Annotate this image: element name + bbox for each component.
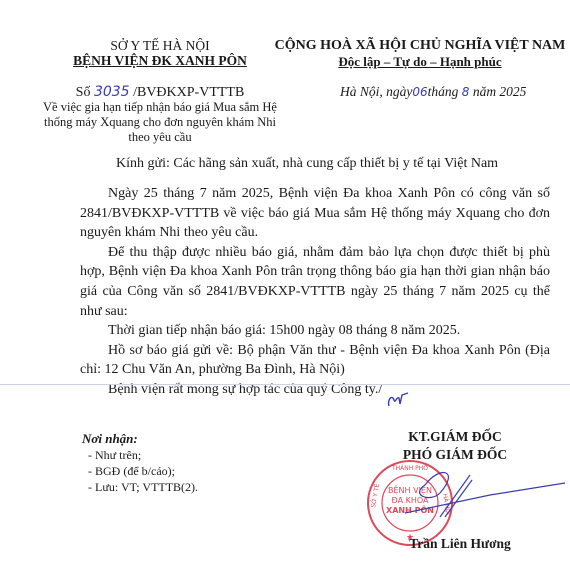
recipients-block: Nơi nhận: - Như trên; - BGĐ (để b/cáo); … xyxy=(82,431,198,495)
body-paragraph-2: Để thu thập được nhiều báo giá, nhằm đảm… xyxy=(80,243,550,321)
body-paragraph-4: Hồ sơ báo giá gửi về: Bộ phận Văn thư - … xyxy=(80,341,550,380)
recipients-title: Nơi nhận: xyxy=(82,431,198,447)
date-day: 06 xyxy=(412,85,427,99)
body-paragraph-5: Bệnh viện rất mong sự hợp tác của quý Cô… xyxy=(80,380,550,400)
agency-name: SỞ Y TẾ HÀ NỘI xyxy=(40,38,280,53)
date-place: Hà Nội, ngày xyxy=(340,84,412,99)
issuer-block: SỞ Y TẾ HÀ NỘI BỆNH VIỆN ĐK XANH PÔN xyxy=(40,38,280,68)
recipients-item: - BGĐ (để b/cáo); xyxy=(82,463,198,479)
document-number: Số 3035 /BVĐKXP-VTTTB xyxy=(40,84,280,101)
document-date: Hà Nội, ngày06tháng 8 năm 2025 xyxy=(340,84,570,100)
hospital-name: BỆNH VIỆN ĐK XANH PÔN xyxy=(40,53,280,68)
signature-line-1: KT.GIÁM ĐỐC xyxy=(380,428,530,446)
signature-icon xyxy=(400,465,570,525)
body-paragraph-3: Thời gian tiếp nhận báo giá: 15h00 ngày … xyxy=(80,321,550,341)
number-prefix: Số xyxy=(76,85,91,100)
body-paragraph-1: Ngày 25 tháng 7 năm 2025, Bệnh viện Đa k… xyxy=(80,184,550,243)
date-year: năm 2025 xyxy=(473,84,527,99)
recipients-item: - Như trên; xyxy=(82,447,198,463)
handwritten-number: 3035 xyxy=(94,84,130,100)
signature-title: KT.GIÁM ĐỐC PHÓ GIÁM ĐỐC xyxy=(380,428,530,464)
document-body: Ngày 25 tháng 7 năm 2025, Bệnh viện Đa k… xyxy=(80,184,550,400)
scan-line-divider xyxy=(0,384,570,385)
signature-line-2: PHÓ GIÁM ĐỐC xyxy=(380,446,530,464)
national-header: CỘNG HOÀ XÃ HỘI CHỦ NGHĨA VIỆT NAM Độc l… xyxy=(270,38,570,70)
national-motto: Độc lập – Tự do – Hạnh phúc xyxy=(270,54,570,70)
recipient-line: Kính gửi: Các hãng sản xuất, nhà cung cấ… xyxy=(116,156,498,172)
country-name: CỘNG HOÀ XÃ HỘI CHỦ NGHĨA VIỆT NAM xyxy=(270,38,570,54)
signer-name: Trần Liên Hương xyxy=(385,536,535,552)
recipients-item: - Lưu: VT; VTTTB(2). xyxy=(82,479,198,495)
number-suffix: /BVĐKXP-VTTTB xyxy=(133,85,244,100)
date-month-label: tháng xyxy=(428,84,459,99)
date-month: 8 xyxy=(462,85,470,99)
initials-icon xyxy=(386,392,410,408)
document-subject: Về việc gia hạn tiếp nhận báo giá Mua sắ… xyxy=(40,100,280,145)
